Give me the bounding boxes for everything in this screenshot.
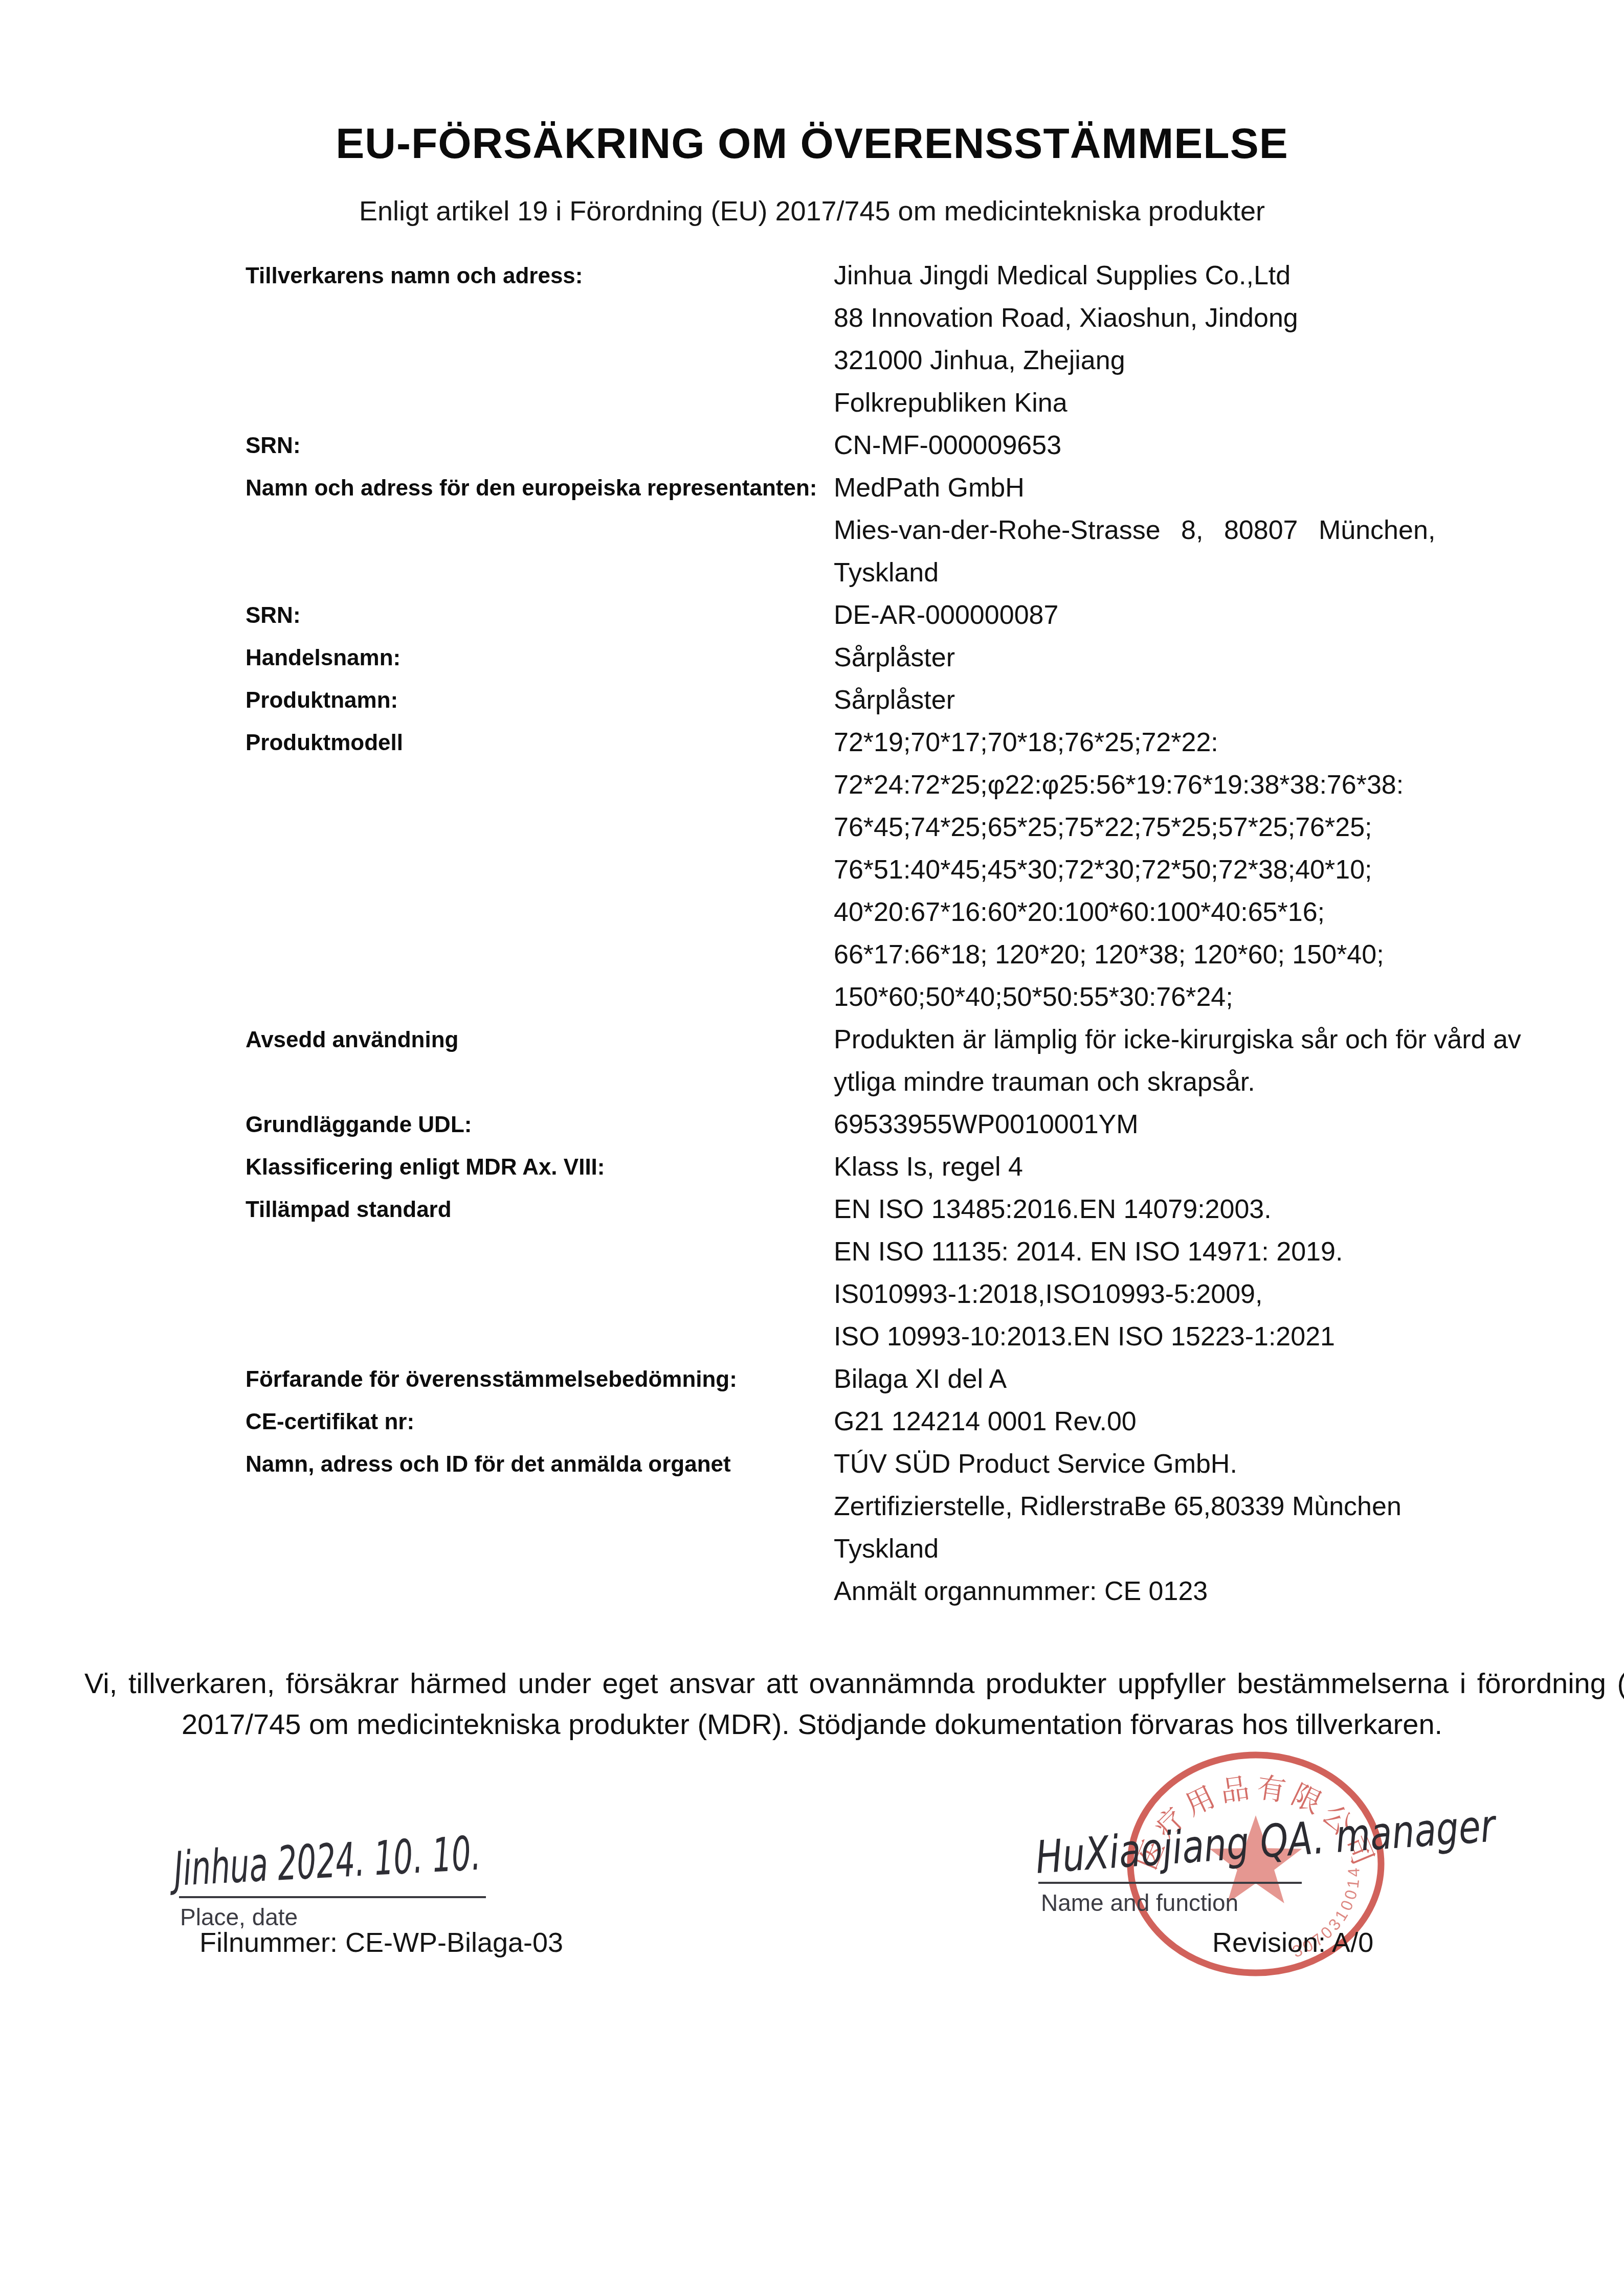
field-label: SRN: xyxy=(246,594,834,637)
field-value-line: 40*20:67*16:60*20:100*60:100*40:65*16; xyxy=(834,891,1555,934)
field-value: Produkten är lämplig för icke-kirurgiska… xyxy=(834,1019,1555,1104)
field-label: Namn och adress för den europeiska repre… xyxy=(246,467,834,509)
field-value: MedPath GmbHMies-van-der-Rohe-Strasse 8,… xyxy=(834,467,1555,594)
name-function-underline xyxy=(1038,1882,1302,1884)
field-value: TÚV SÜD Product Service GmbH.Zertifizier… xyxy=(834,1443,1555,1613)
fields: Tillverkarens namn och adress:Jinhua Jin… xyxy=(246,255,1555,1613)
field-value: Jinhua Jingdi Medical Supplies Co.,Ltd88… xyxy=(834,255,1555,424)
field-label: Produktmodell xyxy=(246,722,834,764)
name-function-handwriting: HuXiaojiang QA. manager xyxy=(1034,1813,1499,1884)
field-value: 72*19;70*17;70*18;76*25;72*22:72*24:72*2… xyxy=(834,722,1555,1019)
place-date-handwriting: Jinhua 2024. 10. 10. xyxy=(169,1828,482,1897)
field-value-line: EN ISO 11135: 2014. EN ISO 14971: 2019. xyxy=(834,1231,1555,1273)
field-row: Grundläggande UDL:69533955WP0010001YM xyxy=(246,1104,1555,1146)
field-value-line: Klass Is, regel 4 xyxy=(834,1146,1555,1188)
field-value-line: Produkten är lämplig för icke-kirurgiska… xyxy=(834,1019,1555,1061)
field-value-line: DE-AR-000000087 xyxy=(834,594,1555,637)
field-value-line: Tyskland xyxy=(834,552,1555,594)
page-title: EU-FÖRSÄKRING OM ÖVERENSSTÄMMELSE xyxy=(0,119,1624,168)
field-value-line: IS010993-1:2018,ISO10993-5:2009, xyxy=(834,1273,1555,1316)
field-value-line: ytliga mindre trauman och skrapsår. xyxy=(834,1061,1555,1104)
field-row: Tillverkarens namn och adress:Jinhua Jin… xyxy=(246,255,1555,424)
field-value: CN-MF-000009653 xyxy=(834,424,1555,467)
field-value: EN ISO 13485:2016.EN 14079:2003.EN ISO 1… xyxy=(834,1188,1555,1358)
field-value-line: Anmält organnummer: CE 0123 xyxy=(834,1570,1555,1613)
field-value-line: Mies-van-der-Rohe-Strasse 8, 80807 Münch… xyxy=(834,509,1555,552)
field-label: CE-certifikat nr: xyxy=(246,1401,834,1443)
field-value-line: Bilaga XI del A xyxy=(834,1358,1555,1401)
field-value-line: Tyskland xyxy=(834,1528,1555,1570)
field-value-line: EN ISO 13485:2016.EN 14079:2003. xyxy=(834,1188,1555,1231)
field-value-line: 66*17:66*18; 120*20; 120*38; 120*60; 150… xyxy=(834,934,1555,976)
field-value-line: 321000 Jinhua, Zhejiang xyxy=(834,340,1555,382)
field-label: Handelsnamn: xyxy=(246,637,834,679)
signature-name-function: HuXiaojiang QA. manager xyxy=(1015,1813,1527,1910)
field-label: Avsedd användning xyxy=(246,1019,834,1061)
field-row: Förfarande för överensstämmelsebedömning… xyxy=(246,1358,1555,1401)
field-label: Klassificering enligt MDR Ax. VIII: xyxy=(246,1146,834,1188)
field-value-line: 69533955WP0010001YM xyxy=(834,1104,1555,1146)
field-value-line: Sårplåster xyxy=(834,679,1555,722)
field-label: Grundläggande UDL: xyxy=(246,1104,834,1146)
field-value-line: 88 Innovation Road, Xiaoshun, Jindong xyxy=(834,297,1555,340)
field-value-line: 72*24:72*25;φ22:φ25:56*19:76*19:38*38:76… xyxy=(834,764,1555,806)
field-value-line: CN-MF-000009653 xyxy=(834,424,1555,467)
field-row: Namn, adress och ID för det anmälda orga… xyxy=(246,1443,1555,1613)
field-label: Tillverkarens namn och adress: xyxy=(246,255,834,297)
declaration-line: Vi, tillverkaren, försäkrar härmed under… xyxy=(84,1663,1540,1704)
field-row: Handelsnamn:Sårplåster xyxy=(246,637,1555,679)
field-value-line: 76*45;74*25;65*25;75*22;75*25;57*25;76*2… xyxy=(834,806,1555,849)
page-subtitle: Enligt artikel 19 i Förordning (EU) 2017… xyxy=(0,195,1624,227)
field-row: Tillämpad standardEN ISO 13485:2016.EN 1… xyxy=(246,1188,1555,1358)
field-row: SRN:CN-MF-000009653 xyxy=(246,424,1555,467)
revision: Revision: A/0 xyxy=(1212,1927,1373,1959)
field-value-line: Folkrepubliken Kina xyxy=(834,382,1555,424)
field-value-line: 150*60;50*40;50*50:55*30:76*24; xyxy=(834,976,1555,1019)
field-value-line: ISO 10993-10:2013.EN ISO 15223-1:2021 xyxy=(834,1316,1555,1358)
field-value-line: G21 124214 0001 Rev.00 xyxy=(834,1401,1555,1443)
declaration-paragraph: Vi, tillverkaren, försäkrar härmed under… xyxy=(84,1663,1540,1745)
field-value-line: 72*19;70*17;70*18;76*25;72*22: xyxy=(834,722,1555,764)
field-value-line: TÚV SÜD Product Service GmbH. xyxy=(834,1443,1555,1485)
field-value-line: Jinhua Jingdi Medical Supplies Co.,Ltd xyxy=(834,255,1555,297)
field-label: Produktnamn: xyxy=(246,679,834,722)
field-value: 69533955WP0010001YM xyxy=(834,1104,1555,1146)
field-row: Avsedd användningProdukten är lämplig fö… xyxy=(246,1019,1555,1104)
field-value: Sårplåster xyxy=(834,637,1555,679)
field-row: Klassificering enligt MDR Ax. VIII:Klass… xyxy=(246,1146,1555,1188)
field-value: G21 124214 0001 Rev.00 xyxy=(834,1401,1555,1443)
field-value: DE-AR-000000087 xyxy=(834,594,1555,637)
field-value: Bilaga XI del A xyxy=(834,1358,1555,1401)
field-row: Namn och adress för den europeiska repre… xyxy=(246,467,1555,594)
field-row: SRN:DE-AR-000000087 xyxy=(246,594,1555,637)
place-date-underline xyxy=(179,1896,486,1898)
field-row: Produktmodell72*19;70*17;70*18;76*25;72*… xyxy=(246,722,1555,1019)
field-row: Produktnamn:Sårplåster xyxy=(246,679,1555,722)
field-label: SRN: xyxy=(246,424,834,467)
field-label: Förfarande för överensstämmelsebedömning… xyxy=(246,1358,834,1401)
file-number: Filnummer: CE-WP-Bilaga-03 xyxy=(199,1927,563,1959)
field-value: Sårplåster xyxy=(834,679,1555,722)
field-label: Namn, adress och ID för det anmälda orga… xyxy=(246,1443,834,1485)
field-value-line: Zertifizierstelle, RidlerstraBe 65,80339… xyxy=(834,1485,1555,1528)
field-value: Klass Is, regel 4 xyxy=(834,1146,1555,1188)
field-label: Tillämpad standard xyxy=(246,1188,834,1231)
field-value-line: Sårplåster xyxy=(834,637,1555,679)
field-value-line: MedPath GmbH xyxy=(834,467,1555,509)
field-value-line: 76*51:40*45;45*30;72*30;72*50;72*38;40*1… xyxy=(834,849,1555,891)
declaration-line: 2017/745 om medicintekniska produkter (M… xyxy=(84,1704,1540,1745)
field-row: CE-certifikat nr:G21 124214 0001 Rev.00 xyxy=(246,1401,1555,1443)
